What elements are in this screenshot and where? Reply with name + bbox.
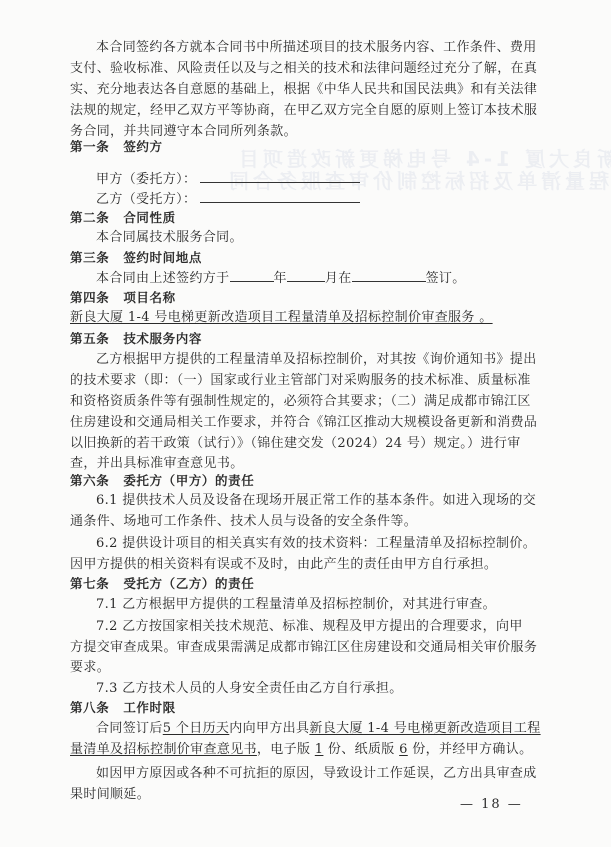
- article-5-line-2: 的技术要求（即：（一）国家或行业主管部门对采购服务的技术标准、质量标准: [70, 372, 531, 389]
- article-6-heading: 第六条委托方（甲方）的责任: [70, 472, 254, 489]
- article-8-title: 工作时限: [123, 700, 175, 715]
- delay-line-1: 如因甲方原因或各种不可抗拒的原因，导致设计工作延误，乙方出具审查成: [96, 765, 537, 782]
- article-5-title: 技术服务内容: [123, 331, 202, 346]
- article-7-line-2: 7.2 乙方按国家相关技术规范、标准、规程及甲方提出的合理要求，向甲: [96, 618, 523, 635]
- article-4-title: 项目名称: [123, 290, 175, 305]
- place-blank: [352, 269, 426, 282]
- deadline-text-mid: 内向甲方出具: [229, 721, 309, 736]
- party-b-row: 乙方（受托方）：: [96, 190, 360, 208]
- page-number: — 18 —: [460, 797, 523, 812]
- electronic-copy-label: ，电子版: [257, 742, 310, 757]
- deliverable-name-part-1: 新良大厦 1-4 号电梯更新改造项目工程: [309, 721, 540, 736]
- article-5-number: 第五条: [70, 331, 109, 346]
- article-2-title: 合同性质: [123, 210, 175, 225]
- article-4-heading: 第四条项目名称: [70, 289, 176, 306]
- article-8-number: 第八条: [70, 700, 109, 715]
- party-b-signature-line: [200, 190, 360, 203]
- electronic-copy-count: 1: [315, 742, 324, 757]
- confirmation-text: 份，并经甲方确认。: [412, 742, 532, 757]
- article-7-number: 第七条: [70, 576, 109, 591]
- article-6-line-4: 因甲方提供的相关资料有误或不及时，由此产生的责任由甲方自行承担。: [70, 556, 497, 573]
- paper-copy-label: 份、纸质版: [328, 742, 395, 757]
- article-3-title: 签约时间地点: [123, 250, 202, 265]
- deliverable-name-part-2: 量清单及招标控制价审查意见书: [70, 742, 257, 757]
- article-2-heading: 第二条合同性质: [70, 209, 176, 226]
- intro-line-3: 实、充分地表达各自意愿的基础上，根据《中华人民共和国民法典》和有关法律: [70, 81, 537, 98]
- article-1-number: 第一条: [70, 139, 109, 154]
- intro-line-1: 本合同签约各方就本合同书中所描述项目的技术服务内容、工作条件、费用: [96, 39, 537, 56]
- article-1-heading: 第一条签约方: [70, 138, 163, 155]
- article-7-heading: 第七条受托方（乙方）的责任: [70, 575, 254, 592]
- year-blank: [230, 269, 274, 282]
- article-7-line-5: 7.3 乙方技术人员的人身安全责任由乙方自行承担。: [96, 680, 403, 697]
- article-6-line-2: 通条件、场地可工作条件、技术人员与设备的安全条件等。: [70, 513, 417, 530]
- project-name: 新良大厦 1-4 号电梯更新改造项目工程量清单及招标控制价审查服务 。: [70, 309, 493, 326]
- signing-text-pre: 本合同由上述签约方于: [96, 271, 230, 286]
- article-7-line-4: 要求。: [70, 659, 110, 676]
- signing-text-post: 签订。: [426, 271, 466, 286]
- intro-line-2: 支付、验收标准、风险责任以及与之相关的技术和法律问题经过充分了解，在真: [70, 60, 537, 77]
- article-5-line-6: 查，并出具标准审查意见书。: [70, 455, 244, 472]
- deadline-text-pre: 合同签订后: [96, 721, 163, 736]
- article-5-line-4: 住房建设和交通局相关工作要求，并符合《锦江区推动大规模设备更新和消费品: [70, 414, 537, 431]
- intro-line-4: 法规的规定，经甲乙双方平等协商，在甲乙双方完全自愿的原则上签订本技术服: [70, 102, 537, 119]
- article-3-body: 本合同由上述签约方于年月在签订。: [96, 269, 466, 287]
- document-page: 新良大厦 1-4 号电梯更新改造项目 工程量清单及招标控制价审查服务合同 本合同…: [0, 0, 611, 847]
- article-6-title: 委托方（甲方）的责任: [123, 473, 254, 488]
- month-label: 月在: [325, 271, 352, 286]
- article-7-title: 受托方（乙方）的责任: [123, 576, 254, 591]
- party-b-label: 乙方（受托方）：: [96, 192, 196, 207]
- article-5-heading: 第五条技术服务内容: [70, 330, 202, 347]
- party-a-signature-line: [200, 170, 360, 183]
- paper-copy-count: 6: [399, 742, 408, 757]
- article-5-line-3: 和资格资质条件等有强制性规定的，必须符合其要求；（二）满足成都市锦江区: [70, 393, 531, 410]
- delay-line-2: 果时间顺延。: [70, 786, 150, 803]
- article-8-heading: 第八条工作时限: [70, 699, 176, 716]
- party-a-label: 甲方（委托方）：: [96, 172, 196, 187]
- article-5-line-5: 以旧换新的若干政策（试行）》（锦住建交发（2024）24 号）规定。）进行审: [70, 435, 521, 452]
- article-7-line-3: 方提交审查成果。审查成果需满足成都市锦江区住房建设和交通局相关审价服务: [70, 639, 537, 656]
- party-a-row: 甲方（委托方）：: [96, 170, 360, 188]
- article-3-heading: 第三条签约时间地点: [70, 249, 202, 266]
- article-4-number: 第四条: [70, 290, 109, 305]
- article-8-line-1: 合同签订后5 个日历天内向甲方出具新良大厦 1-4 号电梯更新改造项目工程: [96, 720, 541, 737]
- article-6-line-1: 6.1 提供技术人员及设备在现场开展正常工作的基本条件。如进入现场的交: [96, 492, 536, 509]
- deadline-days: 5 个日历天: [163, 721, 230, 736]
- article-2-number: 第二条: [70, 210, 109, 225]
- year-label: 年: [274, 271, 287, 286]
- article-7-line-1: 7.1 乙方根据甲方提供的工程量清单及招标控制价，对其进行审查。: [96, 596, 496, 613]
- article-3-number: 第三条: [70, 250, 109, 265]
- article-2-body: 本合同属技术服务合同。: [96, 229, 243, 246]
- article-1-title: 签约方: [123, 139, 162, 154]
- article-5-line-1: 乙方根据甲方提供的工程量清单及招标控制价，对其按《询价通知书》提出: [96, 351, 537, 368]
- article-8-line-2: 量清单及招标控制价审查意见书，电子版 1 份、纸质版 6 份，并经甲方确认。: [70, 741, 532, 758]
- article-6-number: 第六条: [70, 473, 109, 488]
- article-6-line-3: 6.2 提供设计项目的相关真实有效的技术资料：工程量清单及招标控制价。: [96, 535, 536, 552]
- month-blank: [287, 269, 325, 282]
